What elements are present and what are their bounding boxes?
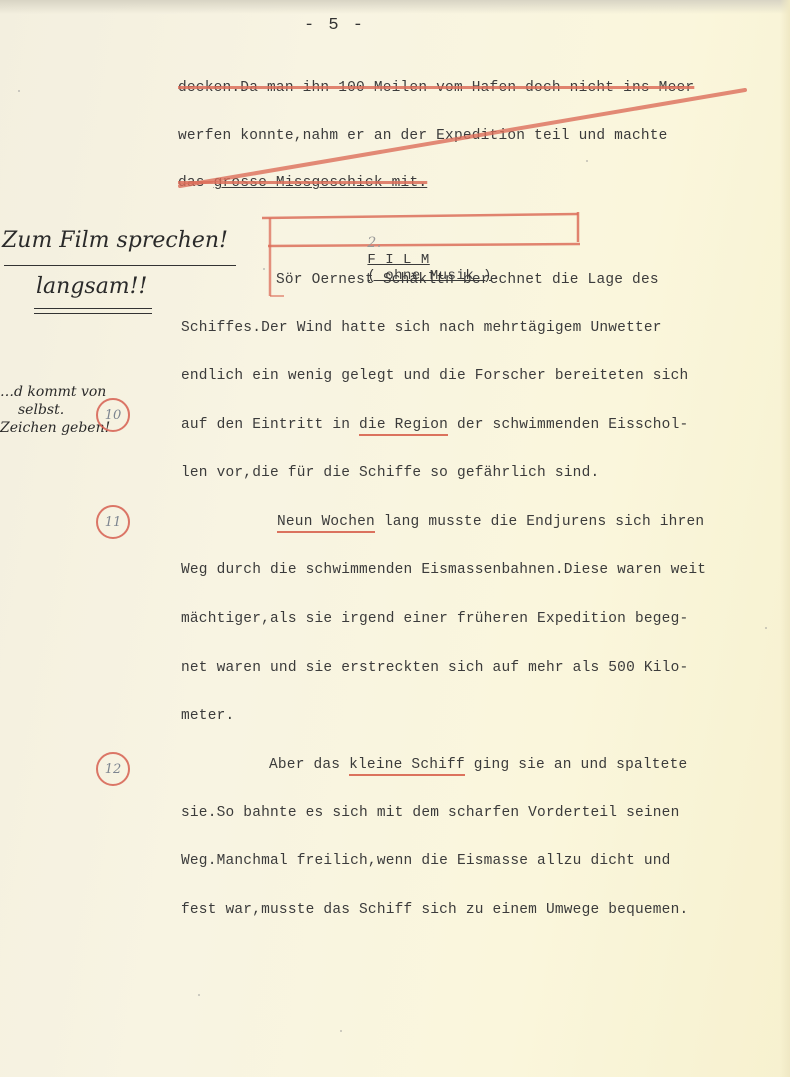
scan-speck bbox=[198, 994, 200, 996]
p1-line-1: Sör Oernest Schäkltn berechnet die Lage … bbox=[276, 272, 659, 288]
handwritten-underline-2a bbox=[34, 308, 152, 309]
p3-line-3: Weg.Manchmal freilich,wenn die Eismasse … bbox=[181, 853, 671, 869]
p3-line-4: fest war,musste das Schiff sich zu einem… bbox=[181, 902, 688, 918]
marker-circle-12: 12 bbox=[96, 752, 130, 786]
margin-note-slow: langsam!! bbox=[36, 274, 147, 299]
p2-line-5: meter. bbox=[181, 708, 234, 724]
margin-note-comes: …d kommt von bbox=[0, 384, 106, 400]
p1-line-2: Schiffes.Der Wind hatte sich nach mehrtä… bbox=[181, 320, 662, 336]
red-underline-region: die Region bbox=[359, 417, 448, 436]
marker-circle-10: 10 bbox=[96, 398, 130, 432]
scan-speck bbox=[586, 160, 588, 162]
heading-title: F I L M bbox=[367, 252, 429, 268]
p2-line-3: mächtiger,als sie irgend einer früheren … bbox=[181, 611, 688, 627]
p1-line-5: len vor,die für die Schiffe so gefährlic… bbox=[181, 465, 599, 481]
p1-line-4: auf den Eintritt in die Region der schwi… bbox=[181, 417, 688, 433]
red-underline-weeks: Neun Wochen bbox=[277, 514, 375, 533]
p1-line-3: endlich ein wenig gelegt und die Forsche… bbox=[181, 368, 688, 384]
margin-note-self: selbst. bbox=[18, 402, 64, 418]
p2-line-2: Weg durch die schwimmenden Eismassenbahn… bbox=[181, 562, 706, 578]
heading-number: 2. bbox=[367, 235, 381, 251]
handwritten-underline-2b bbox=[34, 313, 152, 314]
p2-line-4: net waren und sie erstreckten sich auf m… bbox=[181, 660, 688, 676]
scan-speck bbox=[340, 1030, 342, 1032]
handwritten-underline bbox=[4, 265, 236, 266]
p2-line-1: Neun Wochen lang musste die Endjurens si… bbox=[277, 514, 704, 530]
scan-speck bbox=[263, 268, 265, 270]
scan-speck bbox=[765, 627, 767, 629]
p3-line-1: Aber das kleine Schiff ging sie an und s… bbox=[269, 757, 687, 773]
document-page: - 5 - decken.Da man ihn 100 Meilen vom H… bbox=[0, 0, 790, 1077]
marker-circle-11: 11 bbox=[96, 505, 130, 539]
scan-speck bbox=[18, 90, 20, 92]
margin-note-signal: Zeichen geben! bbox=[0, 420, 110, 436]
margin-note-speak: Zum Film sprechen! bbox=[2, 228, 228, 253]
p3-line-2: sie.So bahnte es sich mit dem scharfen V… bbox=[181, 805, 679, 821]
red-underline-ship: kleine Schiff bbox=[349, 757, 465, 776]
section-heading: 2. F I L M ( ohne Musik ). bbox=[270, 214, 580, 242]
